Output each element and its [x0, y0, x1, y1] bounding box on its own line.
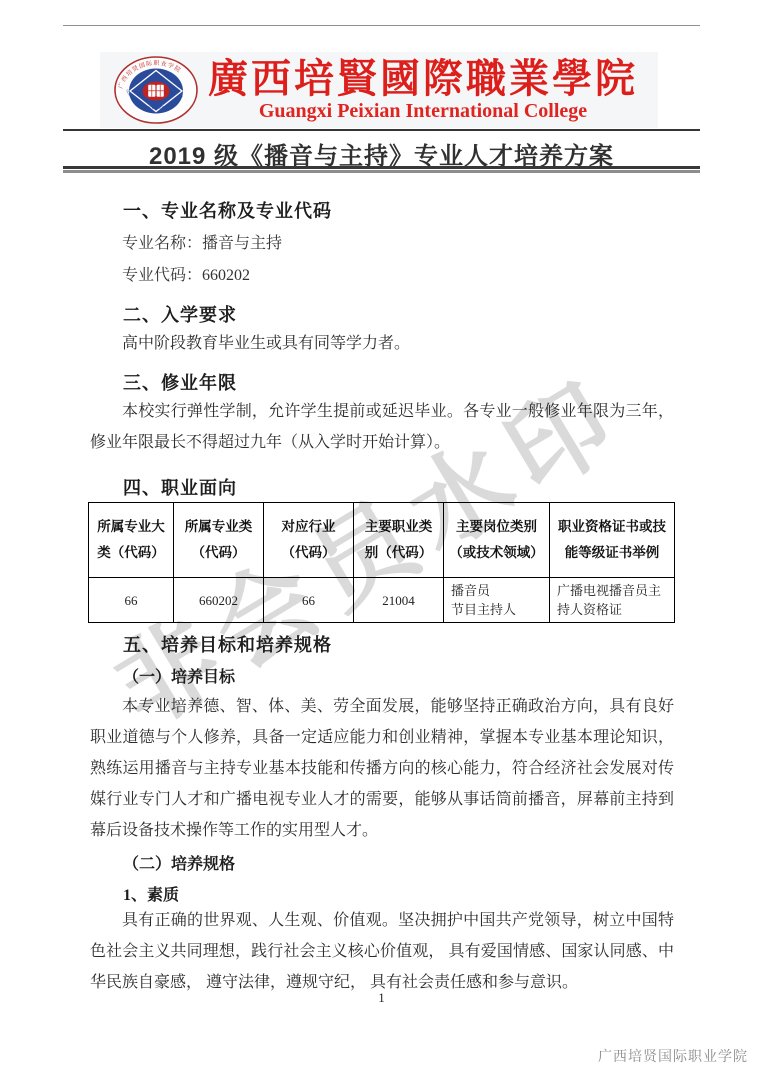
post-type-host: 节目主持人: [451, 600, 542, 619]
major-name-line: 专业名称：播音与主持: [122, 230, 282, 253]
page-number: 1: [0, 990, 763, 1006]
section-5-sub1-heading: （一）培养目标: [123, 664, 235, 687]
cell-major-class-code: 660202: [174, 578, 264, 623]
col-header-major-category: 所属专业大类（代码）: [89, 503, 174, 578]
col-header-occupation: 主要职业类别（代码）: [354, 503, 444, 578]
page-content: 广西培贤国际职业学院 GUANGXI PEIXIAN INTERNATIONAL…: [0, 0, 763, 1080]
post-type-announcer: 播音员: [451, 581, 542, 600]
cell-major-category-code: 66: [89, 578, 174, 623]
section-5-sub2-heading: （二）培养规格: [123, 851, 235, 874]
college-name-english: Guangxi Peixian International College: [198, 100, 648, 122]
col-header-post-type: 主要岗位类别（或技术领域）: [444, 503, 550, 578]
col-header-major-class: 所属专业类（代码）: [174, 503, 264, 578]
document-page: 非会员水印: [0, 0, 763, 1080]
table-header-row: 所属专业大类（代码） 所属专业类（代码） 对应行业（代码） 主要职业类别（代码）…: [89, 503, 675, 578]
col-header-certificates: 职业资格证书或技能等级证书举例: [550, 503, 675, 578]
section-3-body: 本校实行弹性学制，允许学生提前或延迟毕业。各专业一般修业年限为三年，修业年限最长…: [90, 396, 674, 458]
cell-occupation-code: 21004: [354, 578, 444, 623]
quality-item-body: 具有正确的世界观、人生观、价值观。坚决拥护中国共产党领导，树立中国特色社会主义共…: [90, 905, 674, 998]
section-2-heading: 二、入学要求: [123, 301, 237, 327]
page-top-rule: [63, 25, 700, 26]
title-rule-bottom: [63, 166, 700, 170]
section-2-body: 高中阶段教育毕业生或具有同等学力者。: [90, 328, 674, 359]
title-rule-top: [63, 129, 700, 131]
college-name-chinese: 廣西培賢國際職業學院: [198, 58, 648, 100]
section-3-heading: 三、修业年限: [123, 369, 237, 395]
table-data-row: 66 660202 66 21004 播音员 节目主持人 广播电视播音员主持人资…: [89, 578, 675, 623]
section-5-sub1-body: 本专业培养德、智、体、美、劳全面发展，能够坚持正确政治方向，具有良好职业道德与个…: [90, 691, 674, 846]
career-orientation-table: 所属专业大类（代码） 所属专业类（代码） 对应行业（代码） 主要职业类别（代码）…: [88, 502, 675, 623]
section-4-heading: 四、职业面向: [123, 474, 237, 500]
college-header: 广西培贤国际职业学院 GUANGXI PEIXIAN INTERNATIONAL…: [100, 52, 658, 128]
quality-item-heading: 1、素质: [123, 882, 179, 905]
cell-certificate-example: 广播电视播音员主持人资格证: [550, 578, 675, 623]
section-1-heading: 一、专业名称及专业代码: [123, 197, 332, 223]
cell-post-types: 播音员 节目主持人: [444, 578, 550, 623]
col-header-industry: 对应行业（代码）: [264, 503, 354, 578]
college-logo-icon: 广西培贤国际职业学院 GUANGXI PEIXIAN INTERNATIONAL…: [114, 56, 198, 124]
section-5-heading: 五、培养目标和培养规格: [123, 631, 332, 657]
cell-industry-code: 66: [264, 578, 354, 623]
footer-college-name: 广西培贤国际职业学院: [598, 1046, 748, 1066]
major-code-line: 专业代码：660202: [122, 262, 250, 285]
college-name-block: 廣西培賢國際職業學院 Guangxi Peixian International…: [198, 58, 658, 122]
